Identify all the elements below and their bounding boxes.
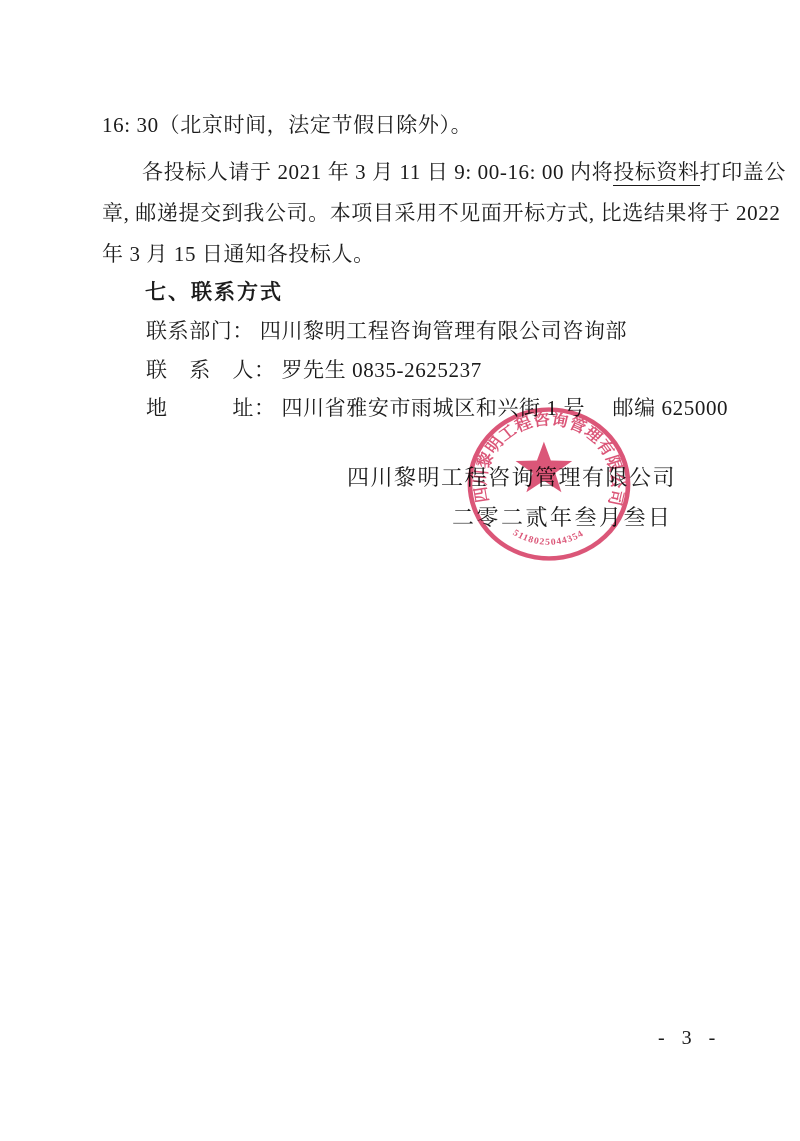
submission-text-post: 打印盖公 bbox=[700, 160, 786, 184]
paragraph-submission-line: 各投标人请于 2021 年 3 月 11 日 9: 00-16: 00 内将投标… bbox=[142, 159, 786, 185]
document-page: 16: 30（北京时间，法定节假日除外）。 各投标人请于 2021 年 3 月 … bbox=[0, 0, 800, 1141]
seal-company-name-arc: 四川黎明工程咨询管理有限公司 bbox=[471, 410, 627, 508]
underlined-bid-materials: 投标资料 bbox=[613, 160, 699, 186]
section-heading-contact: 七、联系方式 bbox=[145, 280, 283, 306]
submission-text-pre: 各投标人请于 2021 年 3 月 11 日 9: 00-16: 00 内将 bbox=[142, 160, 613, 184]
contact-department-line: 联系部门： 四川黎明工程咨询管理有限公司咨询部 bbox=[146, 318, 627, 344]
signature-date: 二零二贰年叁月叁日 bbox=[452, 504, 673, 532]
seal-ring-text: 四川黎明工程咨询管理有限公司 bbox=[471, 410, 627, 508]
contact-address-line: 地 址： 四川省雅安市雨城区和兴街 1 号 邮编 625000 bbox=[146, 395, 728, 421]
paragraph-mailing-line: 章, 邮递提交到我公司。本项目采用不见面开标方式, 比选结果将于 2022 bbox=[102, 200, 780, 226]
contact-person-line: 联 系 人： 罗先生 0835-2625237 bbox=[146, 357, 482, 383]
paragraph-notify-line: 年 3 月 15 日通知各投标人。 bbox=[102, 241, 375, 267]
page-number: - 3 - bbox=[658, 1026, 721, 1051]
paragraph-deadline-time: 16: 30（北京时间，法定节假日除外）。 bbox=[102, 112, 472, 138]
signature-company-name: 四川黎明工程咨询管理有限公司 bbox=[347, 464, 676, 492]
